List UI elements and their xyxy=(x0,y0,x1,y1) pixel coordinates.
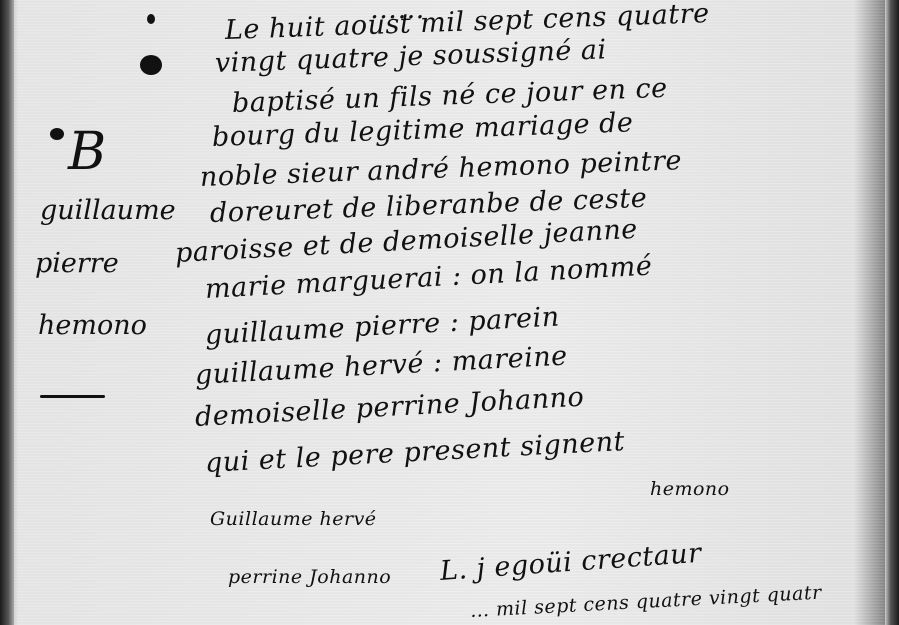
next-entry-fragment: … mil sept cens quatre vingt quatr xyxy=(469,582,822,622)
page-edge-right xyxy=(885,0,899,625)
ink-blot xyxy=(147,14,155,24)
body-line-12: qui et le pere present signent xyxy=(204,426,625,479)
signature-godmother: perrine Johanno xyxy=(228,566,391,588)
signature-godfather: Guillaume hervé xyxy=(210,508,377,530)
register-page: …… B guillaume pierre hemono Le huit aou… xyxy=(0,0,899,625)
margin-dash xyxy=(40,395,105,398)
body-line-11: demoiselle perrine Johanno xyxy=(194,382,585,433)
margin-name-line-2: pierre xyxy=(35,248,119,279)
margin-name-line-3: hemono xyxy=(38,310,147,341)
ink-blot xyxy=(140,55,162,75)
margin-name-line-1: guillaume xyxy=(40,195,176,226)
signature-priest: L. j egoüi crectaur xyxy=(439,538,703,587)
signature-father: hemono xyxy=(650,478,730,500)
margin-initial: B xyxy=(68,122,106,182)
ink-blot xyxy=(50,128,64,140)
page-edge-left xyxy=(0,0,14,625)
